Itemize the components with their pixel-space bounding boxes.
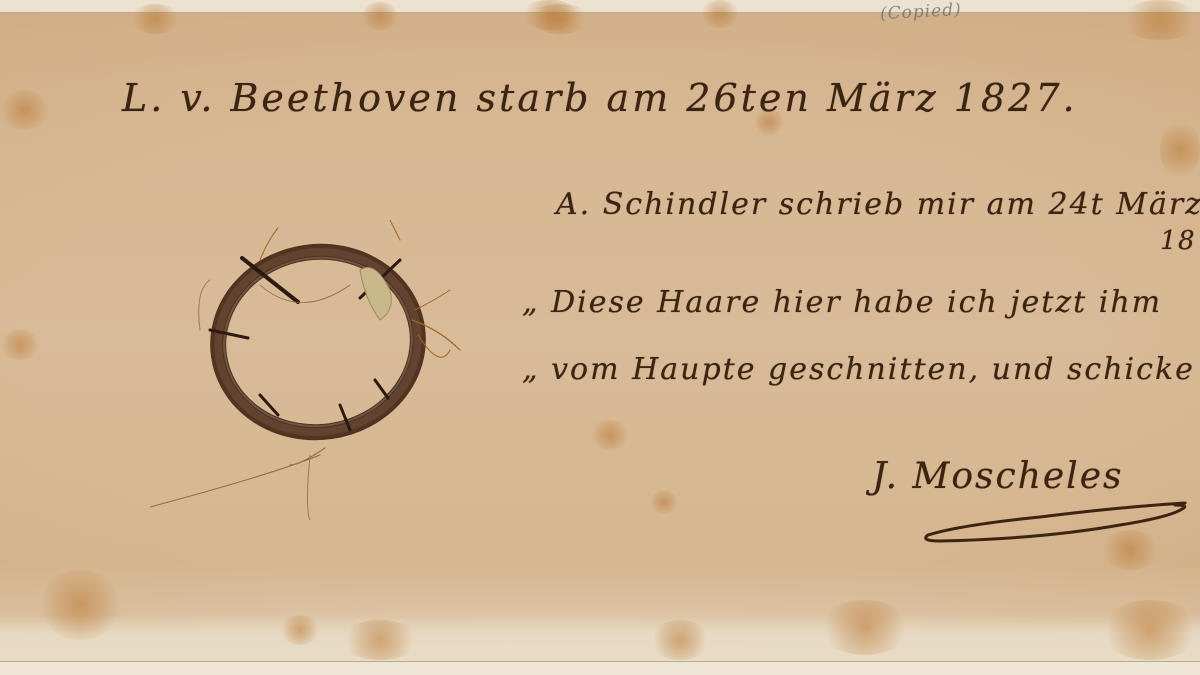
quote-line: „ vom Haupte geschnitten, und schicke si… bbox=[522, 352, 1200, 387]
stain bbox=[650, 620, 710, 660]
mount-bottom-edge bbox=[0, 662, 1200, 675]
stain bbox=[1120, 0, 1200, 40]
mount-line-top bbox=[0, 12, 1200, 13]
stain bbox=[1160, 120, 1200, 180]
quote-line: „ Diese Haare hier habe ich jetzt ihm bbox=[522, 285, 1162, 320]
stain bbox=[0, 330, 40, 360]
heading-line: L. v. Beethoven starb am 26ten März 1827… bbox=[122, 76, 1078, 120]
stain bbox=[40, 570, 120, 640]
paper-bottom-fade bbox=[0, 615, 1200, 661]
stain bbox=[650, 490, 678, 514]
stain bbox=[1100, 600, 1200, 660]
text-line: 18 bbox=[1160, 226, 1196, 256]
stain bbox=[340, 620, 420, 660]
stain bbox=[280, 615, 320, 645]
text-line: A. Schindler schrieb mir am 24t März bbox=[556, 187, 1200, 222]
stain bbox=[530, 4, 590, 34]
stain bbox=[820, 600, 910, 655]
stain bbox=[360, 2, 400, 30]
stain bbox=[130, 4, 180, 34]
stain bbox=[700, 0, 740, 28]
stain bbox=[0, 90, 50, 130]
manuscript-photo: (Copied) bbox=[0, 0, 1200, 675]
signature-flourish-icon bbox=[920, 495, 1200, 550]
stain bbox=[590, 420, 630, 450]
signature: J. Moscheles bbox=[872, 456, 1123, 497]
mount-line-bottom bbox=[0, 661, 1200, 662]
hair-lock-icon bbox=[150, 220, 470, 520]
